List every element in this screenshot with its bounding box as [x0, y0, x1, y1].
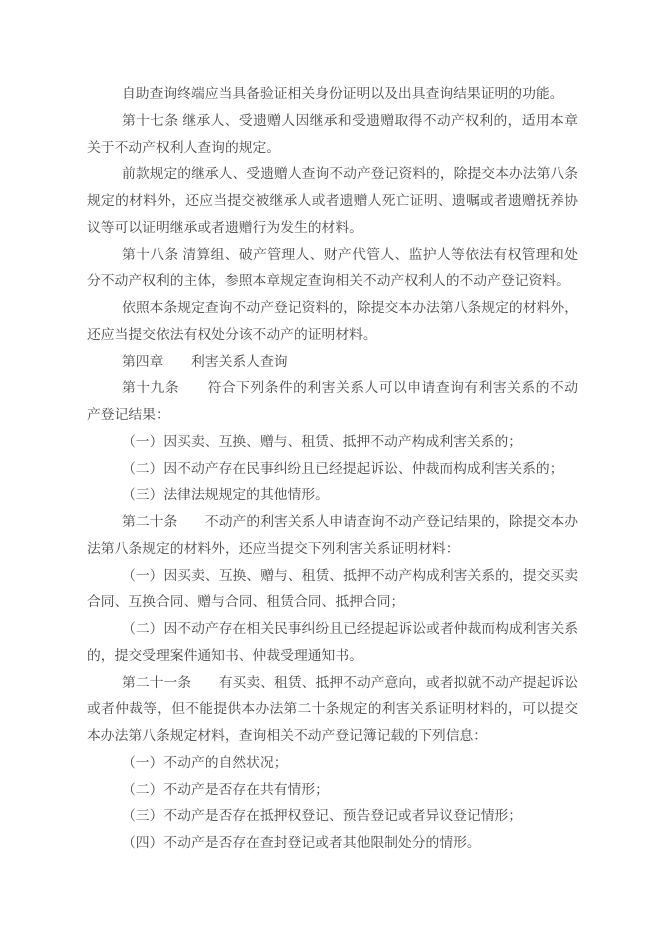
article-opening-line: 第十九条 符合下列条件的利害关系人可以申请查询有利害关系的不动 [87, 375, 578, 402]
document-body: 自助查询终端应当具备验证相关身份证明以及出具查询结果证明的功能。 第十七条 继承… [87, 81, 578, 857]
document-line: 还应当提交依法有权处分该不动产的证明材料。 [87, 322, 578, 349]
numbered-item-line: （三）不动产是否存在抵押权登记、预告登记或者异议登记情形； [87, 803, 578, 830]
document-line: 的，提交受理案件通知书、仲裁受理通知书。 [87, 643, 578, 670]
numbered-item-line: （二）不动产是否存在共有情形； [87, 777, 578, 804]
numbered-item-line: （三）法律法规规定的其他情形。 [87, 482, 578, 509]
numbered-item-line: （四）不动产是否存在查封登记或者其他限制处分的情形。 [87, 830, 578, 857]
article-opening-line: 第二十条 不动产的利害关系人申请查询不动产登记结果的，除提交本办 [87, 509, 578, 536]
document-line: 规定的材料外，还应当提交被继承人或者遗赠人死亡证明、遗嘱或者遗赠抚养协 [87, 188, 578, 215]
article-opening-line: 第二十一条 有买卖、租赁、抵押不动产意向，或者拟就不动产提起诉讼 [87, 670, 578, 697]
article-opening-line: 第十八条 清算组、破产管理人、财产代管人、监护人等依法有权管理和处 [87, 242, 578, 269]
numbered-item-line: （一）因买卖、互换、赠与、租赁、抵押不动产构成利害关系的，提交买卖 [87, 563, 578, 590]
chapter-heading: 第四章 利害关系人查询 [87, 349, 578, 376]
numbered-item-line: （二）因不动产存在相关民事纠纷且已经提起诉讼或者仲裁而构成利害关系 [87, 616, 578, 643]
document-line: 议等可以证明继承或者遗赠行为发生的材料。 [87, 215, 578, 242]
document-line: 自助查询终端应当具备验证相关身份证明以及出具查询结果证明的功能。 [87, 81, 578, 108]
numbered-item-line: （一）不动产的自然状况； [87, 750, 578, 777]
numbered-item-line: （二）因不动产存在民事纠纷且已经提起诉讼、仲裁而构成利害关系的； [87, 456, 578, 483]
document-line: 本办法第八条规定材料，查询相关不动产登记簿记载的下列信息： [87, 723, 578, 750]
document-line: 依照本条规定查询不动产登记资料的，除提交本办法第八条规定的材料外， [87, 295, 578, 322]
document-line: 产登记结果： [87, 402, 578, 429]
document-line: 关于不动产权利人查询的规定。 [87, 135, 578, 162]
document-line: 法第八条规定的材料外，还应当提交下列利害关系证明材料： [87, 536, 578, 563]
article-opening-line: 第十七条 继承人、受遗赠人因继承和受遗赠取得不动产权利的，适用本章 [87, 108, 578, 135]
numbered-item-line: （一）因买卖、互换、赠与、租赁、抵押不动产构成利害关系的； [87, 429, 578, 456]
document-line: 合同、互换合同、赠与合同、租赁合同、抵押合同； [87, 589, 578, 616]
document-line: 或者仲裁等，但不能提供本办法第二十条规定的利害关系证明材料的，可以提交 [87, 696, 578, 723]
document-page: 自助查询终端应当具备验证相关身份证明以及出具查询结果证明的功能。 第十七条 继承… [0, 0, 662, 936]
document-line: 前款规定的继承人、受遗赠人查询不动产登记资料的，除提交本办法第八条 [87, 161, 578, 188]
document-line: 分不动产权利的主体，参照本章规定查询相关不动产权利人的不动产登记资料。 [87, 268, 578, 295]
